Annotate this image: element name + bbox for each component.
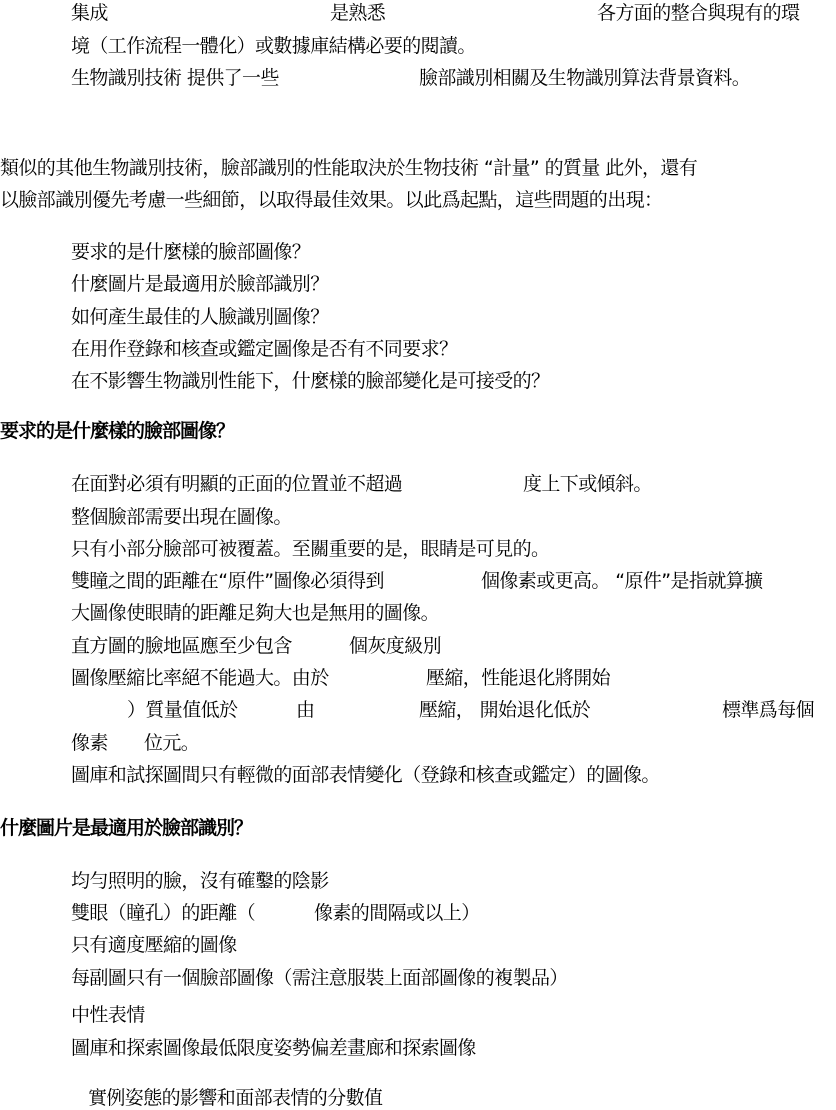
section-heading: 要求的是什麼樣的臉部圖像？ (0, 419, 234, 443)
item-text: 雙眼（瞳孔）的距離（ (71, 901, 255, 925)
question-item: 在不影響生物識別性能下，什麼樣的臉部變化是可接受的？ (71, 369, 549, 393)
intro-text: 是熟悉 (330, 1, 385, 25)
criteria-item: 圖庫和探索圖像最低限度姿勢偏差畫廊和探索圖像 (71, 1036, 476, 1060)
requirement-item-continuation: 大圖像使眼睛的距離足夠大也是無用的圖像。 (71, 601, 439, 625)
section-heading: 什麼圖片是最適用於臉部識別？ (0, 816, 252, 840)
item-text: 像素 (71, 731, 108, 755)
intro-text: 臉部識別相關及生物識別算法背景資料。 (419, 66, 750, 90)
intro-text: 各方面的整合與現有的環 (597, 1, 799, 25)
requirement-item: 直方圖的臉地區應至少包含 個灰度級別 (71, 634, 836, 658)
item-text: 壓縮， 開始退化低於 (419, 698, 590, 722)
intro-line-2: 境（工作流程一體化）或數據庫結構必要的閱讀。 (71, 34, 476, 58)
item-text: ）質量值低於 (127, 698, 237, 722)
item-text: 在面對必須有明顯的正面的位置並不超過 (71, 472, 402, 496)
requirement-item: 圖庫和試探圖間只有輕微的面部表情變化（登錄和核查或鑑定）的圖像。 (71, 763, 660, 787)
criteria-item: 每副圖只有一個臉部圖像（需注意服裝上面部圖像的複製品） (71, 966, 568, 990)
item-text: 位元。 (144, 731, 199, 755)
criteria-item: 雙眼（瞳孔）的距離（ 像素的間隔或以上） (71, 901, 836, 925)
figure-caption: 實例姿態的影響和面部表情的分數值 (88, 1086, 382, 1110)
question-item: 要求的是什麼樣的臉部圖像？ (71, 240, 310, 264)
item-text: 個像素或更高。 “原件”是指就算擴 (481, 569, 763, 593)
criteria-item: 中性表情 (71, 1003, 145, 1027)
question-item: 在用作登錄和核查或鑑定圖像是否有不同要求？ (71, 337, 457, 361)
criteria-item: 均勻照明的臉，沒有確鑿的陰影 (71, 869, 329, 893)
intro-line-3: 生物識別技術 提供了一些 臉部識別相關及生物識別算法背景資料。 (71, 66, 836, 90)
intro-text: 生物識別技術 提供了一些 (71, 66, 279, 90)
item-text: 直方圖的臉地區應至少包含 (71, 634, 292, 658)
item-text: 度上下或傾斜。 (523, 472, 652, 496)
requirement-item: 在面對必須有明顯的正面的位置並不超過 度上下或傾斜。 (71, 472, 836, 496)
paragraph-line-2: 以臉部識別優先考慮一些細節，以取得最佳效果。以此爲起點，這些問題的出現： (0, 188, 662, 212)
intro-line-1: 集成 是熟悉 各方面的整合與現有的環 (71, 1, 836, 25)
item-text: 由 (296, 698, 314, 722)
requirement-item: 只有小部分臉部可被覆蓋。至關重要的是，眼睛是可見的。 (71, 537, 549, 561)
requirement-item-continuation: ）質量值低於 由 壓縮， 開始退化低於 標準爲每個 (71, 698, 836, 722)
item-text: 雙瞳之間的距離在“原件”圖像必須得到 (71, 569, 384, 593)
criteria-item: 只有適度壓縮的圖像 (71, 933, 237, 957)
requirement-item: 雙瞳之間的距離在“原件”圖像必須得到 個像素或更高。 “原件”是指就算擴 (71, 569, 836, 593)
question-item: 什麼圖片是最適用於臉部識別？ (71, 272, 329, 296)
intro-text: 集成 (71, 1, 108, 25)
paragraph-line-1: 類似的其他生物識別技術，臉部識別的性能取決於生物技術 “計量” 的質量 此外，還… (0, 156, 697, 180)
item-text: 圖像壓縮比率絕不能過大。由於 (71, 666, 329, 690)
item-text: 標準爲每個 (722, 698, 814, 722)
requirement-item: 整個臉部需要出現在圖像。 (71, 505, 292, 529)
item-text: 壓縮，性能退化將開始 (426, 666, 610, 690)
requirement-item: 圖像壓縮比率絕不能過大。由於 壓縮，性能退化將開始 (71, 666, 836, 690)
requirement-item-continuation: 像素 位元。 (71, 731, 836, 755)
question-item: 如何產生最佳的人臉識別圖像？ (71, 305, 329, 329)
item-text: 像素的間隔或以上） (314, 901, 480, 925)
item-text: 個灰度級別 (349, 634, 441, 658)
